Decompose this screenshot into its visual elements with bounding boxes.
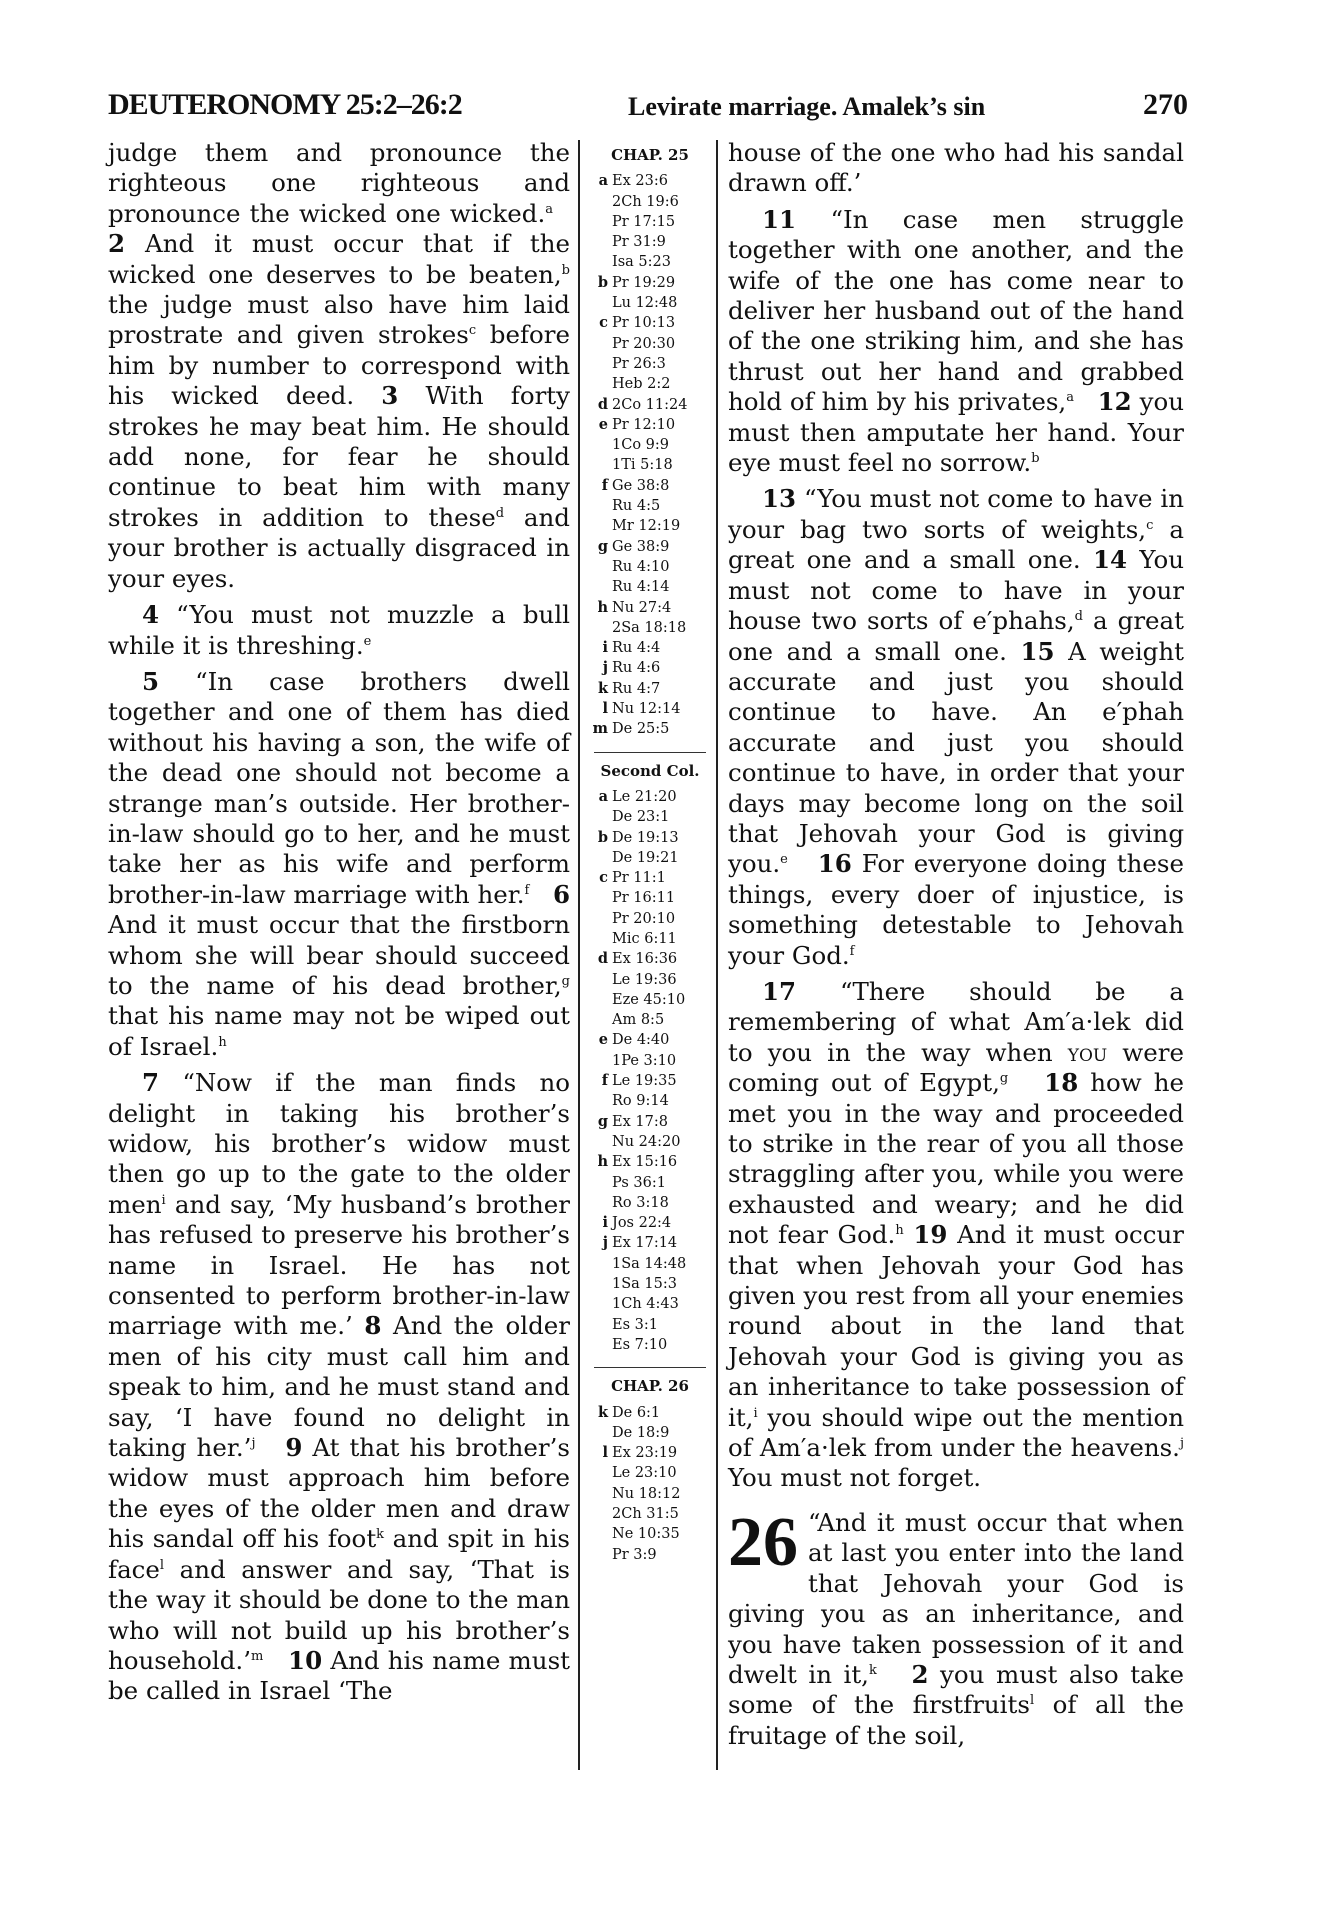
reference-letter: [588, 1254, 612, 1274]
cross-reference-entry[interactable]: 1Ch 4:43: [588, 1294, 712, 1314]
footnote-marker[interactable]: g: [1000, 1071, 1008, 1086]
reference-letter: d: [588, 395, 612, 415]
verse-number: 18: [1044, 1068, 1078, 1097]
cross-reference-entry[interactable]: Mic 6:11: [588, 929, 712, 949]
reference-letter: c: [588, 868, 612, 888]
column-divider-left: [578, 140, 580, 1770]
reference-citation[interactable]: Pr 10:13: [612, 313, 675, 333]
reference-letter: [588, 1335, 612, 1355]
reference-letter: [588, 435, 612, 455]
chapter-25-label: CHAP. 25: [588, 145, 712, 165]
chapter-26-paragraph: 26“And it must occur that when at last y…: [728, 1508, 1184, 1751]
cross-reference-entry[interactable]: jRu 4:6: [588, 658, 712, 678]
reference-citation[interactable]: Ro 3:18: [612, 1193, 669, 1213]
footnote-marker[interactable]: a: [545, 202, 553, 217]
cross-reference-entry[interactable]: bPr 19:29: [588, 273, 712, 293]
reference-citation[interactable]: Ex 17:14: [612, 1233, 677, 1253]
reference-letter: h: [588, 1152, 612, 1172]
reference-citation[interactable]: Ro 9:14: [612, 1091, 669, 1111]
verse-number: 19: [913, 1220, 947, 1249]
chapter-26-label: CHAP. 26: [588, 1376, 712, 1396]
footnote-marker[interactable]: e: [364, 634, 372, 649]
running-head-topic: Levirate marriage. Amalek’s sin: [628, 92, 985, 122]
reference-citation[interactable]: 2Co 11:24: [612, 395, 687, 415]
cross-reference-entry[interactable]: 1Co 9:9: [588, 435, 712, 455]
reference-letter: [588, 1484, 612, 1504]
footnote-marker[interactable]: j: [1180, 1436, 1184, 1451]
reference-citation[interactable]: Ru 4:7: [612, 679, 660, 699]
paragraph: judge them and pronounce the righteous o…: [108, 138, 570, 594]
cross-reference-entry[interactable]: 1Pe 3:10: [588, 1051, 712, 1071]
cross-reference-entry[interactable]: cPr 10:13: [588, 313, 712, 333]
reference-letter: [588, 1315, 612, 1335]
cross-reference-entry[interactable]: Ro 3:18: [588, 1193, 712, 1213]
cross-reference-entry[interactable]: kDe 6:1: [588, 1403, 712, 1423]
reference-letter: c: [588, 313, 612, 333]
cross-reference-entry[interactable]: 1Sa 14:48: [588, 1254, 712, 1274]
reference-citation[interactable]: De 19:21: [612, 848, 679, 868]
cross-reference-entry[interactable]: Pr 20:30: [588, 334, 712, 354]
cross-reference-entry[interactable]: 2Sa 18:18: [588, 618, 712, 638]
paragraph: 13 “You must not come to have in your ba…: [728, 484, 1184, 971]
verse-text: You must not forget.: [728, 1463, 981, 1492]
reference-letter: g: [588, 1112, 612, 1132]
reference-letter: [588, 1051, 612, 1071]
reference-citation[interactable]: Pr 12:10: [612, 415, 675, 435]
verse-number: 5: [142, 667, 159, 696]
cross-reference-entry[interactable]: Le 19:36: [588, 970, 712, 990]
footnote-marker[interactable]: d: [1075, 609, 1083, 624]
reference-letter: [588, 1423, 612, 1443]
reference-citation[interactable]: Es 7:10: [612, 1335, 667, 1355]
cross-reference-entry[interactable]: Lu 12:48: [588, 293, 712, 313]
cross-reference-entry[interactable]: Mr 12:19: [588, 516, 712, 536]
reference-letter: [588, 252, 612, 272]
cross-reference-entry[interactable]: Pr 16:11: [588, 888, 712, 908]
reference-citation[interactable]: Mr 12:19: [612, 516, 680, 536]
cross-reference-entry[interactable]: Isa 5:23: [588, 252, 712, 272]
cross-reference-entry[interactable]: hNu 27:4: [588, 598, 712, 618]
reference-citation[interactable]: Jos 22:4: [612, 1213, 671, 1233]
reference-letter: [588, 1545, 612, 1565]
reference-citation[interactable]: Pr 20:30: [612, 334, 675, 354]
reference-citation[interactable]: Nu 27:4: [612, 598, 671, 618]
reference-citation[interactable]: Le 19:35: [612, 1071, 677, 1091]
verse-number: 6: [553, 880, 570, 909]
paragraph: 11 “In case men struggle together with o…: [728, 205, 1184, 479]
footnote-marker[interactable]: h: [895, 1223, 903, 1238]
reference-citation[interactable]: Pr 26:3: [612, 354, 666, 374]
cross-reference-entry[interactable]: fGe 38:8: [588, 476, 712, 496]
cross-reference-entry[interactable]: lNu 12:14: [588, 699, 712, 719]
reference-citation[interactable]: Ru 4:10: [612, 557, 669, 577]
reference-letter: [588, 455, 612, 475]
reference-letter: [588, 354, 612, 374]
verse-number: 3: [381, 381, 398, 410]
cross-reference-entry[interactable]: Heb 2:2: [588, 374, 712, 394]
reference-citation[interactable]: Ex 23:6: [612, 171, 668, 191]
reference-letter: [588, 1504, 612, 1524]
cross-reference-entry[interactable]: De 23:1: [588, 807, 712, 827]
reference-citation[interactable]: De 19:13: [612, 828, 679, 848]
reference-letter: [588, 909, 612, 929]
reference-citation[interactable]: 2Sa 18:18: [612, 618, 686, 638]
reference-letter: f: [588, 476, 612, 496]
reference-letter: [588, 293, 612, 313]
reference-citation[interactable]: 1Co 9:9: [612, 435, 669, 455]
reference-citation[interactable]: De 4:40: [612, 1030, 669, 1050]
cross-reference-entry[interactable]: Nu 24:20: [588, 1132, 712, 1152]
reference-citation[interactable]: Pr 11:1: [612, 868, 666, 888]
reference-letter: a: [588, 787, 612, 807]
reference-citation[interactable]: Mic 6:11: [612, 929, 677, 949]
reference-citation[interactable]: Pr 17:15: [612, 212, 675, 232]
reference-citation[interactable]: Heb 2:2: [612, 374, 670, 394]
reference-citation[interactable]: De 6:1: [612, 1403, 660, 1423]
cross-reference-entry[interactable]: Pr 17:15: [588, 212, 712, 232]
verse-number: 13: [762, 484, 796, 513]
footnote-marker[interactable]: c: [469, 323, 476, 338]
cross-reference-entry[interactable]: Es 3:1: [588, 1315, 712, 1335]
verse-text: “You must not come to have in your bag t…: [728, 484, 1184, 543]
cross-reference-entry[interactable]: Ru 4:14: [588, 577, 712, 597]
reference-letter: [588, 334, 612, 354]
reference-citation[interactable]: 2Ch 31:5: [612, 1504, 679, 1524]
verse-number: 9: [285, 1433, 302, 1462]
reference-letter: e: [588, 1030, 612, 1050]
second-col-label: Second Col.: [588, 761, 712, 781]
verse-text: And it must occur that if the wicked one…: [108, 229, 570, 288]
footnote-marker[interactable]: k: [376, 1527, 384, 1542]
cross-reference-entry[interactable]: gGe 38:9: [588, 537, 712, 557]
verse-text: “In case men struggle together with one …: [728, 205, 1184, 416]
cross-reference-entry[interactable]: Ro 9:14: [588, 1091, 712, 1111]
footnote-marker[interactable]: f: [850, 944, 855, 959]
cross-reference-entry[interactable]: gEx 17:8: [588, 1112, 712, 1132]
reference-letter: k: [588, 1403, 612, 1423]
cross-reference-entry[interactable]: eDe 4:40: [588, 1030, 712, 1050]
reference-citation[interactable]: Ne 10:35: [612, 1524, 680, 1544]
column-divider-right: [716, 140, 718, 1770]
reference-citation[interactable]: Ex 17:8: [612, 1112, 668, 1132]
cross-reference-entry[interactable]: Pr 31:9: [588, 232, 712, 252]
plural-you-small-caps: you: [1068, 1038, 1108, 1067]
reference-letter: [588, 212, 612, 232]
verse-text: “In case brothers dwell together and one…: [108, 667, 570, 909]
reference-citation[interactable]: 1Sa 14:48: [612, 1254, 686, 1274]
reference-citation[interactable]: Es 3:1: [612, 1315, 658, 1335]
cross-reference-entry[interactable]: Pr 26:3: [588, 354, 712, 374]
cross-reference-entry[interactable]: fLe 19:35: [588, 1071, 712, 1091]
cross-reference-entry[interactable]: Ru 4:10: [588, 557, 712, 577]
reference-citation[interactable]: Nu 18:12: [612, 1484, 680, 1504]
reference-letter: i: [588, 638, 612, 658]
cross-reference-entry[interactable]: lEx 23:19: [588, 1443, 712, 1463]
cross-reference-entry[interactable]: Es 7:10: [588, 1335, 712, 1355]
reference-letter: [588, 374, 612, 394]
verse-text: you should wipe out the mention of Am′a·…: [728, 1403, 1184, 1462]
paragraph: house of the one who had his sandal draw…: [728, 138, 1184, 199]
cross-reference-entry[interactable]: ePr 12:10: [588, 415, 712, 435]
reference-citation[interactable]: Le 19:36: [612, 970, 677, 990]
reference-citation[interactable]: 1Pe 3:10: [612, 1051, 676, 1071]
reference-citation[interactable]: Pr 3:9: [612, 1545, 657, 1565]
reference-letter: [588, 1132, 612, 1152]
page-number: 270: [1143, 88, 1188, 122]
cross-reference-entry[interactable]: jEx 17:14: [588, 1233, 712, 1253]
footnote-marker[interactable]: d: [496, 506, 504, 521]
verse-number: 16: [818, 849, 852, 878]
reference-citation[interactable]: Le 21:20: [612, 787, 677, 807]
verse-text: And it must occur that the firstborn who…: [108, 910, 570, 1000]
verse-text: And it must occur that when Jehovah your…: [728, 1220, 1184, 1431]
reference-citation[interactable]: Nu 12:14: [612, 699, 680, 719]
cross-reference-entry[interactable]: mDe 25:5: [588, 719, 712, 739]
reference-divider: [594, 752, 706, 753]
verse-number: 2: [911, 1660, 928, 1689]
reference-citation[interactable]: Isa 5:23: [612, 252, 671, 272]
cross-reference-entry[interactable]: Am 8:5: [588, 1010, 712, 1030]
footnote-marker[interactable]: f: [525, 883, 530, 898]
footnote-marker[interactable]: h: [218, 1035, 226, 1050]
cross-reference-entry[interactable]: iJos 22:4: [588, 1213, 712, 1233]
reference-divider: [594, 1367, 706, 1368]
footnote-marker[interactable]: j: [251, 1436, 255, 1451]
verse-number: 11: [762, 205, 796, 234]
chapter-26-references: kDe 6:1De 18:9lEx 23:19Le 23:10Nu 18:122…: [588, 1403, 712, 1565]
reference-letter: e: [588, 415, 612, 435]
reference-letter: k: [588, 679, 612, 699]
reference-citation[interactable]: Pr 31:9: [612, 232, 666, 252]
reference-letter: m: [588, 719, 612, 739]
reference-citation[interactable]: Eze 45:10: [612, 990, 685, 1010]
reference-citation[interactable]: 1Sa 15:3: [612, 1274, 677, 1294]
reference-citation[interactable]: Le 23:10: [612, 1463, 677, 1483]
cross-reference-entry[interactable]: cPr 11:1: [588, 868, 712, 888]
reference-citation[interactable]: Ru 4:4: [612, 638, 660, 658]
page-header: DEUTERONOMY 25:2–26:2 Levirate marriage.…: [108, 88, 1188, 128]
reference-letter: [588, 807, 612, 827]
verse-text: house of the one who had his sandal draw…: [728, 138, 1184, 197]
verse-number: 2: [108, 229, 125, 258]
verse-number: 14: [1093, 545, 1127, 574]
reference-letter: [588, 192, 612, 212]
verse-number: 15: [1020, 637, 1054, 666]
reference-letter: [588, 1294, 612, 1314]
reference-citation[interactable]: Ex 15:16: [612, 1152, 677, 1172]
reference-citation[interactable]: Ps 36:1: [612, 1173, 666, 1193]
reference-citation[interactable]: Ru 4:6: [612, 658, 660, 678]
paragraph: 7 “Now if the man finds no delight in ta…: [108, 1068, 570, 1707]
reference-letter: [588, 516, 612, 536]
reference-letter: [588, 929, 612, 949]
cross-reference-entry[interactable]: Le 23:10: [588, 1463, 712, 1483]
cross-reference-entry[interactable]: aLe 21:20: [588, 787, 712, 807]
left-text-column: judge them and pronounce the righteous o…: [108, 138, 570, 1707]
reference-citation[interactable]: Lu 12:48: [612, 293, 677, 313]
cross-reference-entry[interactable]: d2Co 11:24: [588, 395, 712, 415]
footnote-marker[interactable]: b: [562, 263, 570, 278]
reference-letter: [588, 577, 612, 597]
reference-letter: [588, 1091, 612, 1111]
reference-letter: [588, 1010, 612, 1030]
reference-letter: [588, 1173, 612, 1193]
running-head-book-range: DEUTERONOMY 25:2–26:2: [108, 88, 462, 122]
reference-letter: b: [588, 273, 612, 293]
verse-text: that his name may not be wiped out of Is…: [108, 1001, 570, 1060]
reference-citation[interactable]: Pr 20:10: [612, 909, 675, 929]
cross-reference-entry[interactable]: bDe 19:13: [588, 828, 712, 848]
reference-letter: d: [588, 949, 612, 969]
reference-letter: [588, 1524, 612, 1544]
reference-letter: l: [588, 1443, 612, 1463]
reference-citation[interactable]: Ex 23:19: [612, 1443, 677, 1463]
reference-letter: b: [588, 828, 612, 848]
reference-letter: h: [588, 598, 612, 618]
verse-text: For everyone doing these things, every d…: [728, 849, 1184, 969]
reference-letter: f: [588, 1071, 612, 1091]
reference-citation[interactable]: 1Ch 4:43: [612, 1294, 679, 1314]
cross-reference-entry[interactable]: dEx 16:36: [588, 949, 712, 969]
reference-citation[interactable]: Ge 38:8: [612, 476, 669, 496]
reference-citation[interactable]: 1Ti 5:18: [612, 455, 673, 475]
cross-reference-entry[interactable]: De 19:21: [588, 848, 712, 868]
reference-citation[interactable]: Ru 4:5: [612, 496, 660, 516]
reference-citation[interactable]: Am 8:5: [612, 1010, 664, 1030]
footnote-marker[interactable]: g: [562, 974, 570, 989]
cross-reference-entry[interactable]: iRu 4:4: [588, 638, 712, 658]
reference-letter: [588, 848, 612, 868]
reference-letter: [588, 1193, 612, 1213]
verse-text: A weight accurate and just you should co…: [728, 637, 1184, 879]
cross-reference-entry[interactable]: Eze 45:10: [588, 990, 712, 1010]
verse-number: 10: [288, 1646, 322, 1675]
verse-number: 12: [1098, 387, 1132, 416]
chapter-number: 26: [728, 1514, 798, 1572]
cross-reference-entry[interactable]: Nu 18:12: [588, 1484, 712, 1504]
verse-text: judge them and pronounce the righteous o…: [108, 138, 570, 228]
reference-letter: [588, 970, 612, 990]
cross-reference-entry[interactable]: Ps 36:1: [588, 1173, 712, 1193]
cross-reference-entry[interactable]: 2Ch 19:6: [588, 192, 712, 212]
reference-citation[interactable]: Ge 38:9: [612, 537, 669, 557]
reference-letter: [588, 496, 612, 516]
reference-citation[interactable]: Pr 19:29: [612, 273, 675, 293]
paragraph: 17 “There should be a remembering of wha…: [728, 977, 1184, 1494]
reference-letter: j: [588, 658, 612, 678]
chapter-25-references: aEx 23:62Ch 19:6Pr 17:15Pr 31:9Isa 5:23b…: [588, 171, 712, 739]
verse-number: 4: [142, 600, 159, 629]
reference-citation[interactable]: Ru 4:14: [612, 577, 669, 597]
reference-letter: i: [588, 1213, 612, 1233]
cross-reference-entry[interactable]: kRu 4:7: [588, 679, 712, 699]
paragraph: 4 “You must not muzzle a bull while it i…: [108, 600, 570, 661]
cross-reference-entry[interactable]: hEx 15:16: [588, 1152, 712, 1172]
footnote-marker[interactable]: m: [251, 1649, 263, 1664]
reference-letter: [588, 232, 612, 252]
verse-number: 7: [142, 1068, 159, 1097]
second-col-references: aLe 21:20De 23:1bDe 19:13De 19:21cPr 11:…: [588, 787, 712, 1355]
reference-letter: l: [588, 699, 612, 719]
cross-reference-entry[interactable]: Ru 4:5: [588, 496, 712, 516]
cross-reference-column: CHAP. 25 aEx 23:62Ch 19:6Pr 17:15Pr 31:9…: [588, 143, 712, 1565]
footnote-marker[interactable]: a: [1066, 390, 1074, 405]
cross-reference-entry[interactable]: 1Sa 15:3: [588, 1274, 712, 1294]
reference-citation[interactable]: Ex 16:36: [612, 949, 677, 969]
cross-reference-entry[interactable]: 2Ch 31:5: [588, 1504, 712, 1524]
cross-reference-entry[interactable]: 1Ti 5:18: [588, 455, 712, 475]
verse-number: 17: [762, 977, 796, 1006]
reference-citation[interactable]: De 23:1: [612, 807, 669, 827]
reference-letter: [588, 1463, 612, 1483]
cross-reference-entry[interactable]: aEx 23:6: [588, 171, 712, 191]
paragraph: 5 “In case brothers dwell together and o…: [108, 667, 570, 1062]
reference-citation[interactable]: De 18:9: [612, 1423, 669, 1443]
cross-reference-entry[interactable]: Pr 3:9: [588, 1545, 712, 1565]
reference-letter: g: [588, 537, 612, 557]
reference-letter: [588, 618, 612, 638]
cross-reference-entry[interactable]: De 18:9: [588, 1423, 712, 1443]
reference-letter: a: [588, 171, 612, 191]
reference-letter: [588, 888, 612, 908]
footnote-marker[interactable]: b: [1031, 451, 1039, 466]
cross-reference-entry[interactable]: Ne 10:35: [588, 1524, 712, 1544]
reference-citation[interactable]: 2Ch 19:6: [612, 192, 679, 212]
reference-letter: [588, 990, 612, 1010]
reference-letter: [588, 1274, 612, 1294]
reference-citation[interactable]: De 25:5: [612, 719, 669, 739]
cross-reference-entry[interactable]: Pr 20:10: [588, 909, 712, 929]
verse-text: “You must not muzzle a bull while it is …: [108, 600, 570, 659]
verse-number: 8: [364, 1311, 381, 1340]
footnote-marker[interactable]: k: [869, 1663, 877, 1678]
reference-citation[interactable]: Pr 16:11: [612, 888, 675, 908]
right-text-column: house of the one who had his sandal draw…: [728, 138, 1184, 1751]
footnote-marker[interactable]: e: [780, 852, 788, 867]
reference-letter: [588, 557, 612, 577]
reference-citation[interactable]: Nu 24:20: [612, 1132, 680, 1152]
reference-letter: j: [588, 1233, 612, 1253]
